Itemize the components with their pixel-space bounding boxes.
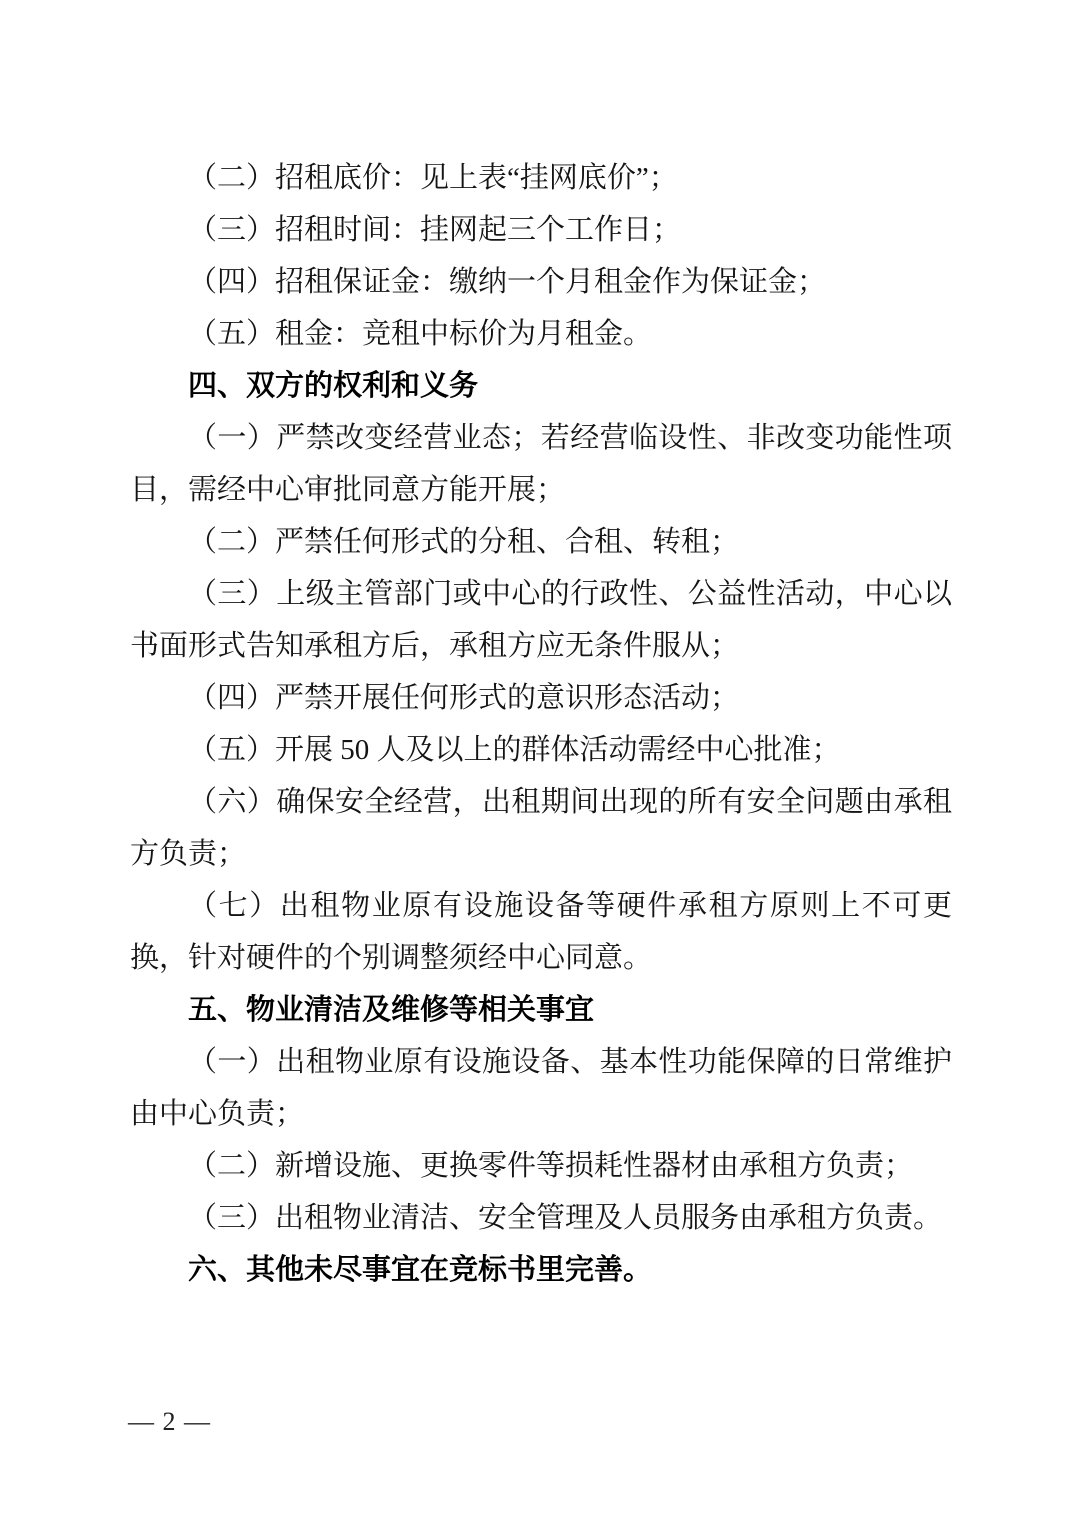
- clause-rental-base-price: （二）招租底价：见上表“挂网底价”；: [130, 152, 952, 204]
- document-page: （二）招租底价：见上表“挂网底价”； （三）招租时间：挂网起三个工作日； （四）…: [0, 0, 1074, 1520]
- clause-rental-time: （三）招租时间：挂网起三个工作日；: [130, 204, 952, 256]
- clause-rent: （五）租金：竞租中标价为月租金。: [130, 308, 952, 360]
- clause-safety-responsibility: （六）确保安全经营，出租期间出现的所有安全问题由承租方负责；: [130, 776, 952, 880]
- clause-admin-activities: （三）上级主管部门或中心的行政性、公益性活动，中心以书面形式告知承租方后，承租方…: [130, 568, 952, 672]
- clause-cleaning-security-service: （三）出租物业清洁、安全管理及人员服务由承租方负责。: [130, 1192, 952, 1244]
- heading-cleaning-maintenance: 五、物业清洁及维修等相关事宜: [130, 984, 952, 1036]
- heading-rights-obligations: 四、双方的权利和义务: [130, 360, 952, 412]
- clause-hardware-no-replacement: （七）出租物业原有设施设备等硬件承租方原则上不可更换，针对硬件的个别调整须经中心…: [130, 880, 952, 984]
- clause-no-ideology-activities: （四）严禁开展任何形式的意识形态活动；: [130, 672, 952, 724]
- clause-no-sublease: （二）严禁任何形式的分租、合租、转租；: [130, 516, 952, 568]
- clause-daily-maintenance: （一）出租物业原有设施设备、基本性功能保障的日常维护由中心负责；: [130, 1036, 952, 1140]
- page-footer: — 2 —: [128, 1404, 211, 1440]
- clause-new-facilities-cost: （二）新增设施、更换零件等损耗性器材由承租方负责；: [130, 1140, 952, 1192]
- document-body: （二）招租底价：见上表“挂网底价”； （三）招租时间：挂网起三个工作日； （四）…: [130, 152, 952, 1296]
- heading-other-matters: 六、其他未尽事宜在竞标书里完善。: [130, 1244, 952, 1296]
- clause-rental-deposit: （四）招租保证金：缴纳一个月租金作为保证金；: [130, 256, 952, 308]
- clause-no-business-change: （一）严禁改变经营业态；若经营临设性、非改变功能性项目，需经中心审批同意方能开展…: [130, 412, 952, 516]
- clause-group-activity-approval: （五）开展 50 人及以上的群体活动需经中心批准；: [130, 724, 952, 776]
- page-number: — 2 —: [128, 1407, 211, 1436]
